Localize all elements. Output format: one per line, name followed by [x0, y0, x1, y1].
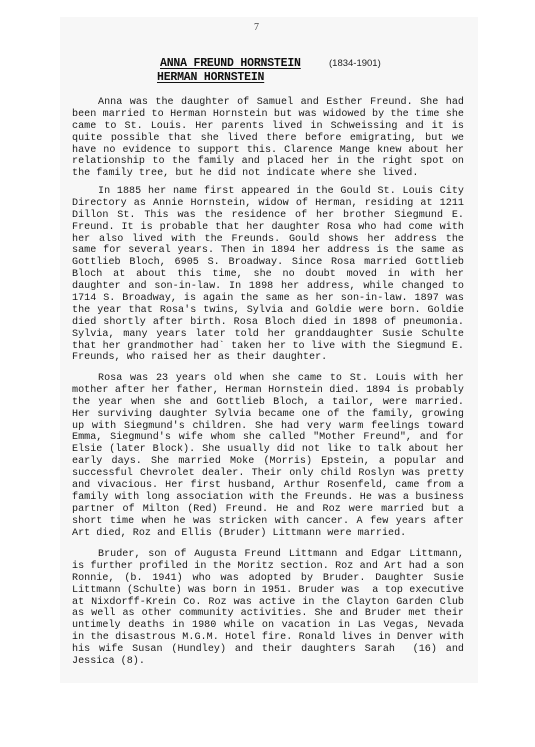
text-line: Bruder, son of Augusta Freund Littmann a…: [72, 549, 464, 561]
text-line: Art died, Roz and Ellis (Bruder) Littman…: [72, 528, 464, 540]
text-line: and vivacious. Her first husband, Arthur…: [72, 480, 464, 492]
page-number: 7: [254, 22, 259, 33]
text-line: up with Siegmund's children. She had ver…: [72, 421, 464, 433]
text-line: her also lived with the Freunds. Gould s…: [72, 234, 464, 246]
text-line: 1714 S. Broadway, is again the same as h…: [72, 293, 464, 305]
text-line: short time when he was stricken with can…: [72, 516, 464, 528]
text-line: untimely deaths in 1980 while on vacatio…: [72, 620, 464, 632]
text-line: In 1885 her name first appeared in the G…: [72, 186, 464, 198]
text-line: Freund. It is probable that her daughter…: [72, 222, 464, 234]
paragraph-4: Bruder, son of Augusta Freund Littmann a…: [72, 549, 464, 668]
text-line: relationship to the family and placed he…: [72, 156, 464, 168]
text-line: that her grandmother had` taken her to l…: [72, 341, 464, 353]
text-line: came to St. Louis. Her parents lived in …: [72, 121, 464, 133]
text-line: the year that Rosa's twins, Sylvia and G…: [72, 305, 464, 317]
text-line: Rosa was 23 years old when she came to S…: [72, 373, 464, 385]
text-line: Anna was the daughter of Samuel and Esth…: [72, 97, 464, 109]
text-line: at Nixdorff-Krein Co. Roz was active in …: [72, 597, 464, 609]
text-line: been married to Herman Hornstein but was…: [72, 109, 464, 121]
text-line: mother after her father, Herman Hornstei…: [72, 385, 464, 397]
text-line: same for several years. Then in 1894 her…: [72, 245, 464, 257]
page-title: ANNA FREUND HORNSTEIN: [160, 57, 301, 70]
life-dates: (1834-1901): [329, 58, 381, 69]
text-line: family with long association with the Fr…: [72, 492, 464, 504]
text-line: in the disastrous M.G.M. Hotel fire. Ron…: [72, 632, 464, 644]
text-line: Jessica (8).: [72, 656, 464, 668]
paragraph-1: Anna was the daughter of Samuel and Esth…: [72, 97, 464, 180]
text-line: Elsie (later Block). She usually did not…: [72, 444, 464, 456]
title-name: ANNA FREUND HORNSTEIN: [160, 57, 301, 70]
text-line: early days. She married Moke (Morris) Ep…: [72, 456, 464, 468]
text-line: as well as other community activities. S…: [72, 608, 464, 620]
text-line: Freunds, who raised her as their daughte…: [72, 352, 464, 364]
text-line: Bloch at about this time, she no doubt m…: [72, 269, 464, 281]
text-line: Littmann (Schulte) was born in 1951. Bru…: [72, 585, 464, 597]
subtitle-name: HERMAN HORNSTEIN: [157, 71, 264, 84]
text-line: the year when she and Gottlieb Bloch, a …: [72, 397, 464, 409]
text-line: partner of Milton (Red) Freund. He and R…: [72, 504, 464, 516]
text-line: died shortly after birth. Rosa Bloch die…: [72, 317, 464, 329]
text-line: successful Chevrolet dealer. Their only …: [72, 468, 464, 480]
page-subtitle: HERMAN HORNSTEIN: [157, 71, 264, 84]
text-line: the family tree, but he did not indicate…: [72, 168, 464, 180]
text-line: quite possible that she lived there befo…: [72, 133, 464, 145]
text-line: Gottlieb Bloch, 6905 S. Broadway. Since …: [72, 257, 464, 269]
text-line: Dillon St. This was the residence of her…: [72, 210, 464, 222]
text-line: is further profiled in the Moritz sectio…: [72, 561, 464, 573]
text-line: Ronnie, (b. 1941) who was adopted by Bru…: [72, 573, 464, 585]
text-line: daughter and son-in-law. In 1898 her add…: [72, 281, 464, 293]
text-line: Her surviving daughter Sylvia became one…: [72, 409, 464, 421]
paragraph-3: Rosa was 23 years old when she came to S…: [72, 373, 464, 539]
text-line: have no evidence to support this. Claren…: [72, 145, 464, 157]
text-line: Sylvia, many years later told her grandd…: [72, 329, 464, 341]
text-line: Emma, Siegmund's wife whom she called "M…: [72, 432, 464, 444]
text-line: his wife Susan (Hundley) and their daugh…: [72, 644, 464, 656]
paragraph-2: In 1885 her name first appeared in the G…: [72, 186, 464, 364]
text-line: Directory as Annie Hornstein, widow of H…: [72, 198, 464, 210]
